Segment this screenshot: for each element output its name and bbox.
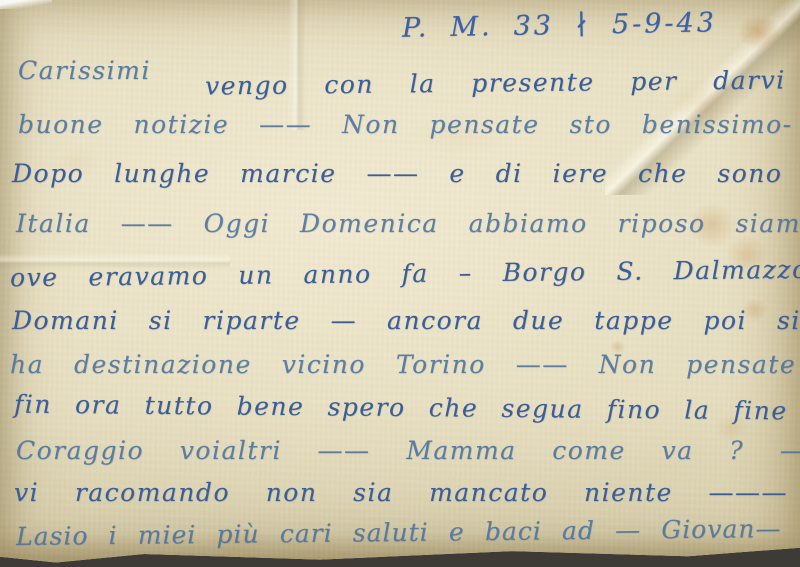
stain: [738, 14, 780, 50]
handwriting-line: vengo con la presente per darvi mie: [205, 65, 800, 101]
handwriting-line: Dopo lunghe marcie —— e di iere che sono…: [12, 159, 800, 188]
handwriting-line: buone notizie —— Non pensate sto benissi…: [18, 110, 793, 139]
date-line: P. M. 33 ∤ 5-9-43: [402, 7, 717, 43]
salutation: Carissimi: [18, 56, 151, 85]
handwriting-line: vi racomando non sia mancato niente ———: [14, 478, 788, 507]
postcard-scan: P. M. 33 ∤ 5-9-43 Carissimi vengo con la…: [0, 0, 800, 567]
signature-line: Lasio i miei più cari saluti e baci ad —…: [16, 514, 782, 551]
handwriting-line: fin ora tutto bene spero che segua fino …: [14, 390, 788, 426]
handwriting-line: Italia —— Oggi Domenica abbiamo riposo s…: [16, 209, 800, 238]
handwriting-line: ove eravamo un anno fa – Borgo S. Dalmaz…: [10, 255, 800, 292]
handwriting-line: Coraggio voialtri —— Mamma come va ? ——: [16, 436, 800, 465]
handwriting-line: ha destinazione vicino Torino —— Non pen…: [10, 350, 796, 379]
handwriting-line: Domani si riparte — ancora due tappe poi…: [12, 306, 800, 335]
scan-edge: [0, 0, 52, 9]
